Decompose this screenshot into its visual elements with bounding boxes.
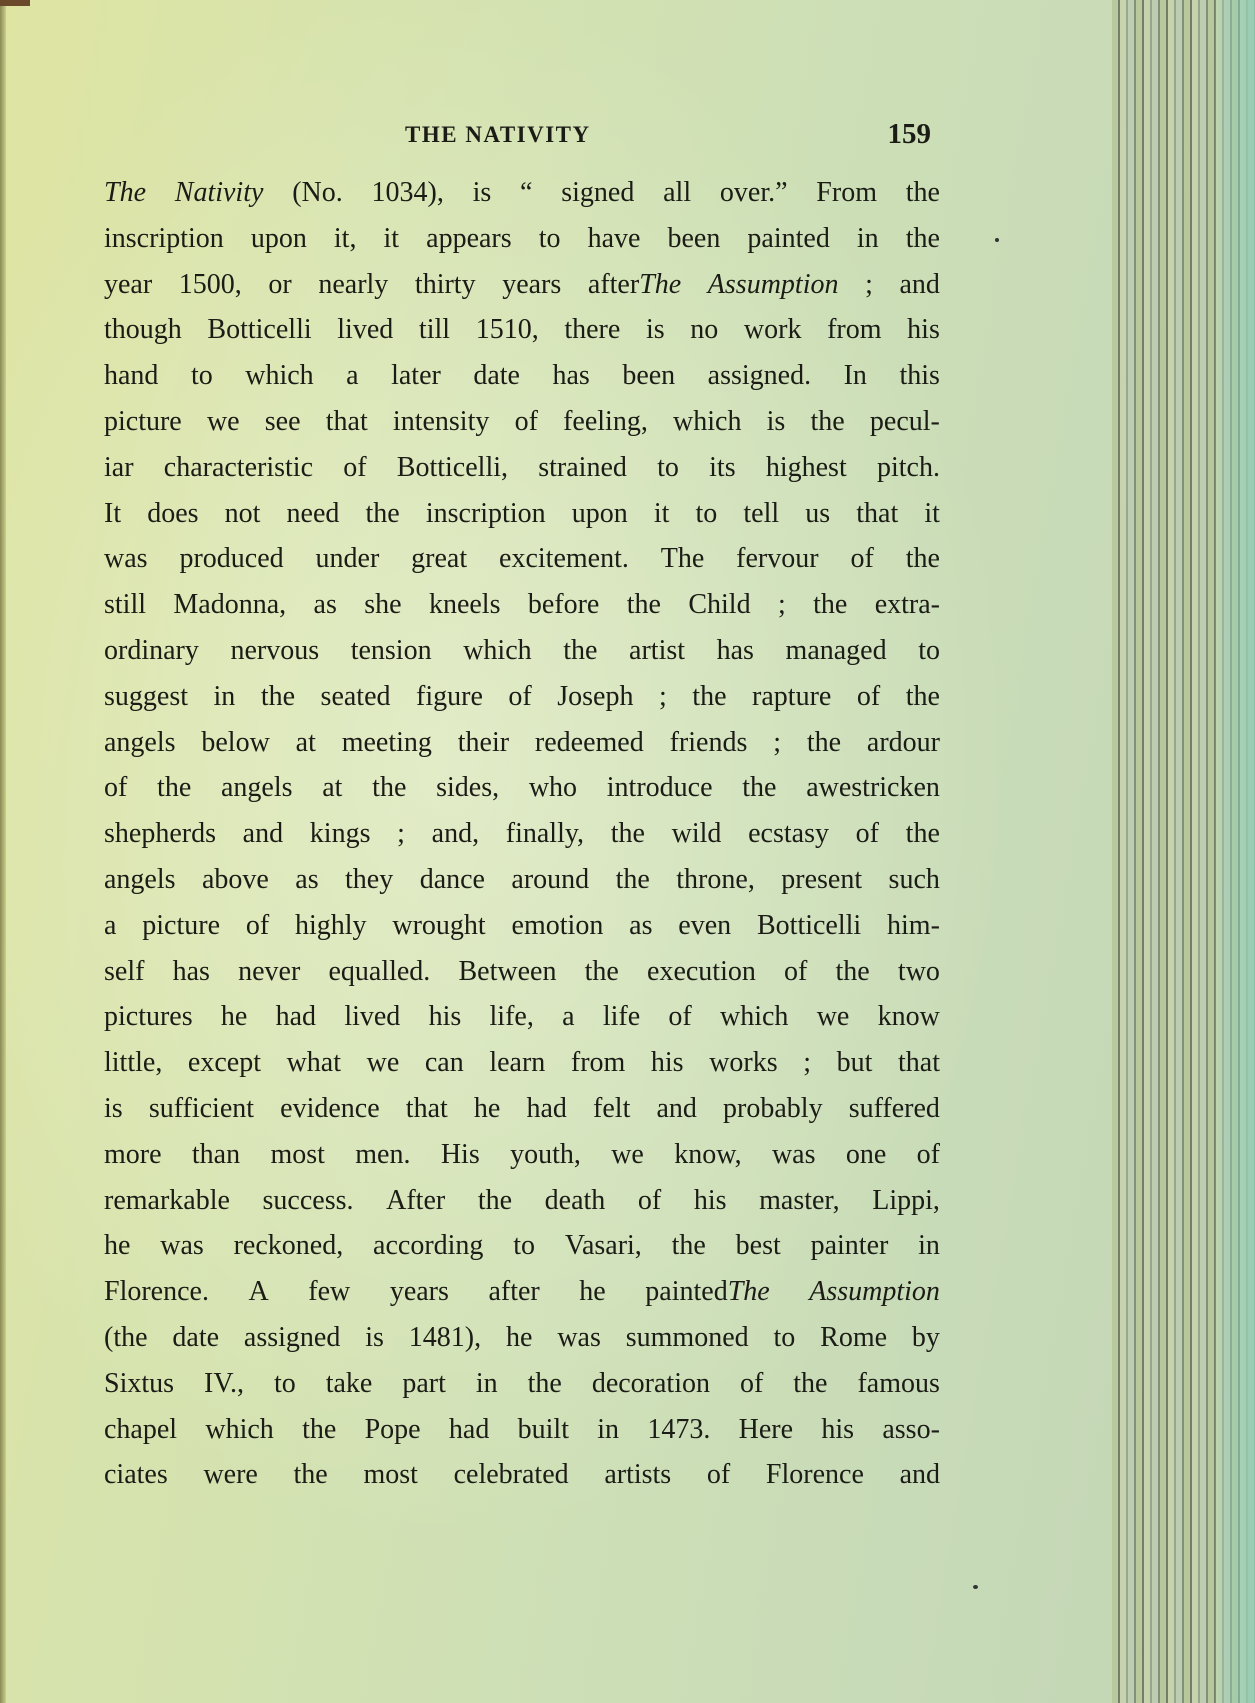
word: extra-: [875, 582, 940, 628]
word: though: [104, 307, 182, 353]
word: the: [906, 170, 940, 216]
word: finally,: [506, 811, 584, 857]
word: tell: [743, 491, 779, 537]
word: His: [441, 1132, 480, 1178]
word: the: [906, 674, 940, 720]
word: from: [827, 307, 881, 353]
text-line: iarcharacteristicofBotticelli,strainedto…: [104, 445, 940, 491]
word: famous: [857, 1361, 939, 1407]
word: meeting: [342, 720, 432, 766]
word: he: [579, 1269, 605, 1315]
text-line: hewasreckoned,accordingtoVasari,thebestp…: [104, 1223, 940, 1269]
word: of: [850, 536, 873, 582]
word: the: [616, 857, 650, 903]
word: the: [811, 399, 845, 445]
word: need: [287, 491, 340, 537]
word: he: [221, 994, 247, 1040]
word: later: [391, 353, 441, 399]
word: 1510,: [476, 307, 539, 353]
gutter-edge: [0, 0, 6, 1703]
word: years: [390, 1269, 449, 1315]
text-line: remarkablesuccess.Afterthedeathofhismast…: [104, 1178, 940, 1224]
word: the: [742, 765, 776, 811]
word: under: [316, 536, 380, 582]
word: than: [192, 1132, 240, 1178]
word: excitement.: [499, 536, 629, 582]
word: years: [502, 262, 561, 308]
word: at: [322, 765, 342, 811]
word: (the: [104, 1315, 148, 1361]
word: he: [474, 1086, 500, 1132]
word: the: [672, 1223, 706, 1269]
word: all: [663, 170, 691, 216]
word: evidence: [280, 1086, 380, 1132]
word: artists: [604, 1452, 671, 1498]
word: upon: [251, 216, 307, 262]
word: that: [326, 399, 368, 445]
word: death: [545, 1178, 606, 1224]
word: to: [274, 1361, 296, 1407]
word: ;: [397, 811, 405, 857]
word: have: [588, 216, 641, 262]
word: to: [539, 216, 561, 262]
word: execution: [647, 949, 756, 995]
word: in: [476, 1361, 498, 1407]
word: was: [557, 1315, 601, 1361]
word: one: [846, 1132, 886, 1178]
word: below: [201, 720, 269, 766]
word: she: [364, 582, 401, 628]
word: been: [667, 216, 720, 262]
word: youth,: [510, 1132, 581, 1178]
word: as: [314, 582, 337, 628]
word: of: [917, 1132, 940, 1178]
word: more: [104, 1132, 162, 1178]
word: highest: [766, 445, 847, 491]
word: was: [772, 1132, 816, 1178]
word: ;: [865, 262, 873, 308]
word: is: [365, 1315, 384, 1361]
word: such: [889, 857, 940, 903]
word: dance: [420, 857, 485, 903]
word: introduce: [607, 765, 713, 811]
speck: [995, 238, 999, 242]
word: of: [246, 903, 269, 949]
word: ;: [803, 1040, 811, 1086]
text-line: SixtusIV.,totakepartinthedecorationofthe…: [104, 1361, 940, 1407]
word: in: [597, 1407, 619, 1453]
text-line: apictureofhighlywroughtemotionasevenBott…: [104, 903, 940, 949]
word: over.”: [720, 170, 788, 216]
word: IV.,: [204, 1361, 244, 1407]
word: after: [488, 1269, 539, 1315]
word: not: [225, 491, 261, 537]
text-line: Florence.AfewyearsafterhepaintedTheAssum…: [104, 1269, 940, 1315]
word: managed: [786, 628, 887, 674]
word: wrought: [392, 903, 485, 949]
word: painted: [747, 216, 829, 262]
text-line: pictureshehadlivedhislife,alifeofwhichwe…: [104, 994, 940, 1040]
word: afterThe: [588, 262, 681, 308]
word: signed: [561, 170, 634, 216]
word: built: [518, 1407, 569, 1453]
word: suggest: [104, 674, 188, 720]
word: lived: [344, 994, 400, 1040]
word: his: [907, 307, 940, 353]
word: works: [709, 1040, 777, 1086]
word: is: [767, 399, 786, 445]
word: the: [906, 536, 940, 582]
word: little,: [104, 1040, 162, 1086]
word: we: [611, 1132, 644, 1178]
word: even: [678, 903, 731, 949]
word: we: [817, 994, 850, 1040]
word: to: [696, 491, 718, 537]
text-line: Itdoesnotneedtheinscriptionuponittotellu…: [104, 491, 940, 537]
word: assigned: [244, 1315, 340, 1361]
word: painter: [811, 1223, 889, 1269]
word: ecstasy: [748, 811, 829, 857]
word: sufficient: [149, 1086, 254, 1132]
word: ordinary: [104, 628, 199, 674]
word: asso-: [882, 1407, 940, 1453]
word: him-: [887, 903, 940, 949]
word: they: [345, 857, 393, 903]
word: of: [343, 445, 366, 491]
word: before: [528, 582, 600, 628]
word: reckoned,: [234, 1223, 344, 1269]
word: that: [856, 491, 898, 537]
word: Madonna,: [173, 582, 286, 628]
body-text: TheNativity(No.1034),is“signedallover.”F…: [104, 170, 940, 1498]
word: Sixtus: [104, 1361, 174, 1407]
word: From: [816, 170, 877, 216]
word: Child: [688, 582, 750, 628]
text-line: handtowhichalaterdatehasbeenassigned.Int…: [104, 353, 940, 399]
word: as: [295, 857, 318, 903]
word: of: [104, 765, 127, 811]
word: shepherds: [104, 811, 216, 857]
word: produced: [179, 536, 283, 582]
word: there: [564, 307, 620, 353]
word: self: [104, 949, 144, 995]
page-number: 159: [888, 118, 932, 151]
word: awestricken: [806, 765, 940, 811]
text-line: little,exceptwhatwecanlearnfromhisworks;…: [104, 1040, 940, 1086]
text-line: pictureweseethatintensityoffeeling,which…: [104, 399, 940, 445]
word: ;: [773, 720, 781, 766]
word: in: [857, 216, 879, 262]
word: hand: [104, 353, 158, 399]
word: remarkable: [104, 1178, 230, 1224]
word: and: [656, 1086, 696, 1132]
word: 1500,: [179, 262, 242, 308]
word: been: [622, 353, 675, 399]
word: few: [308, 1269, 350, 1315]
word: is: [646, 307, 665, 353]
word: which: [720, 994, 788, 1040]
word: to: [191, 353, 213, 399]
word: The: [104, 170, 146, 216]
word: ciates: [104, 1452, 168, 1498]
word: After: [386, 1178, 445, 1224]
word: what: [287, 1040, 341, 1086]
word: has: [552, 353, 589, 399]
word: iar: [104, 445, 134, 491]
word: nervous: [230, 628, 319, 674]
word: to: [774, 1315, 796, 1361]
word: wild: [672, 811, 722, 857]
word: Lippi,: [872, 1178, 940, 1224]
word: the: [813, 582, 847, 628]
word: know,: [674, 1132, 741, 1178]
word: tension: [351, 628, 432, 674]
word: 1473.: [647, 1407, 710, 1453]
word: to: [513, 1223, 535, 1269]
word: two: [898, 949, 940, 995]
word: upon: [572, 491, 628, 537]
word: which: [463, 628, 531, 674]
word: his: [694, 1178, 727, 1224]
word: Assumption: [708, 262, 839, 308]
word: present: [781, 857, 862, 903]
word: angels: [104, 720, 176, 766]
word: but: [837, 1040, 873, 1086]
word: which: [673, 399, 741, 445]
word: the: [294, 1452, 328, 1498]
word: at: [296, 720, 316, 766]
word: their: [458, 720, 509, 766]
word: paintedThe: [645, 1269, 769, 1315]
word: characteristic: [164, 445, 313, 491]
word: or: [268, 262, 291, 308]
text-line: stillMadonna,asshekneelsbeforetheChild;t…: [104, 582, 940, 628]
word: by: [912, 1315, 940, 1361]
word: can: [425, 1040, 464, 1086]
text-line: angelsaboveastheydancearoundthethrone,pr…: [104, 857, 940, 903]
word: no: [690, 307, 718, 353]
word: throne,: [676, 857, 755, 903]
word: a: [562, 994, 574, 1040]
word: 1481),: [409, 1315, 481, 1361]
word: celebrated: [454, 1452, 569, 1498]
word: ;: [778, 582, 786, 628]
word: the: [478, 1178, 512, 1224]
word: It: [104, 491, 121, 537]
word: master,: [759, 1178, 840, 1224]
word: the: [302, 1407, 336, 1453]
word: from: [571, 1040, 625, 1086]
word: strained: [538, 445, 627, 491]
word: (No.: [292, 170, 343, 216]
text-line: angelsbelowatmeetingtheirredeemedfriends…: [104, 720, 940, 766]
word: rapture: [752, 674, 831, 720]
word: Pope: [365, 1407, 421, 1453]
word: part: [402, 1361, 446, 1407]
word: Rome: [820, 1315, 887, 1361]
word: nearly: [318, 262, 388, 308]
word: of: [515, 399, 538, 445]
word: know: [878, 994, 940, 1040]
word: in: [918, 1223, 940, 1269]
word: Botticelli: [757, 903, 861, 949]
word: that: [406, 1086, 448, 1132]
fore-edge-page-stack: [1112, 0, 1255, 1703]
word: picture: [142, 903, 220, 949]
page-header: THE NATIVITY 159: [100, 118, 935, 158]
word: except: [188, 1040, 261, 1086]
word: his: [821, 1407, 854, 1453]
word: seated: [321, 674, 391, 720]
text-line: selfhasneverequalled.Betweentheexecution…: [104, 949, 940, 995]
word: ;: [659, 674, 667, 720]
word: had: [526, 1086, 566, 1132]
word: angels: [221, 765, 293, 811]
word: Botticelli,: [397, 445, 508, 491]
word: were: [203, 1452, 257, 1498]
word: most: [270, 1132, 324, 1178]
word: redeemed: [535, 720, 644, 766]
word: never: [238, 949, 300, 995]
word: figure: [416, 674, 483, 720]
word: to: [918, 628, 940, 674]
word: the: [157, 765, 191, 811]
text-line: wasproducedundergreatexcitement.Thefervo…: [104, 536, 940, 582]
word: is: [473, 170, 492, 216]
word: he: [506, 1315, 532, 1361]
word: appears: [426, 216, 512, 262]
word: that: [898, 1040, 940, 1086]
word: summoned: [626, 1315, 749, 1361]
word: it: [654, 491, 670, 537]
word: the: [563, 628, 597, 674]
word: of: [784, 949, 807, 995]
text-line: suggestintheseatedfigureofJoseph;therapt…: [104, 674, 940, 720]
word: of: [856, 811, 879, 857]
word: artist: [629, 628, 685, 674]
word: thirty: [415, 262, 476, 308]
word: it: [384, 216, 400, 262]
text-line: shepherdsandkings;and,finally,thewildecs…: [104, 811, 940, 857]
word: Florence: [766, 1452, 864, 1498]
word: its: [709, 445, 735, 491]
word: the: [807, 720, 841, 766]
word: Between: [458, 949, 556, 995]
word: feeling,: [563, 399, 648, 445]
word: the: [906, 811, 940, 857]
word: and: [243, 811, 283, 857]
word: Florence.: [104, 1269, 209, 1315]
word: success.: [263, 1178, 354, 1224]
word: The: [661, 536, 705, 582]
word: as: [629, 903, 652, 949]
word: this: [899, 353, 939, 399]
word: which: [205, 1407, 273, 1453]
word: has: [173, 949, 210, 995]
word: year: [104, 262, 152, 308]
word: us: [805, 491, 830, 537]
word: and: [900, 1452, 940, 1498]
word: the: [372, 765, 406, 811]
word: friends: [670, 720, 748, 766]
text-line: inscriptionuponit,itappearstohavebeenpai…: [104, 216, 940, 262]
word: to: [657, 445, 679, 491]
word: best: [736, 1223, 781, 1269]
word: which: [245, 353, 313, 399]
word: learn: [489, 1040, 545, 1086]
word: who: [529, 765, 577, 811]
word: the: [836, 949, 870, 995]
word: he: [104, 1223, 130, 1269]
word: the: [528, 1361, 562, 1407]
word: according: [373, 1223, 483, 1269]
text-line: TheNativity(No.1034),is“signedallover.”F…: [104, 170, 940, 216]
word: the: [627, 582, 661, 628]
word: pitch.: [877, 445, 940, 491]
word: chapel: [104, 1407, 177, 1453]
word: ardour: [867, 720, 940, 766]
word: work: [744, 307, 802, 353]
word: Assumption: [809, 1269, 940, 1315]
word: till: [419, 307, 450, 353]
word: a: [346, 353, 358, 399]
word: the: [793, 1361, 827, 1407]
word: of: [638, 1178, 661, 1224]
word: was: [104, 536, 148, 582]
text-line: year1500,ornearlythirtyyearsafterTheAssu…: [104, 262, 940, 308]
speck: [973, 1585, 978, 1589]
word: does: [147, 491, 198, 537]
word: the: [366, 491, 400, 537]
text-line: chapelwhichthePopehadbuiltin1473.Herehis…: [104, 1407, 940, 1453]
word: felt: [593, 1086, 630, 1132]
word: emotion: [512, 903, 604, 949]
word: Joseph: [557, 674, 633, 720]
word: assigned.: [708, 353, 811, 399]
word: kings: [310, 811, 371, 857]
word: “: [520, 170, 532, 216]
word: Nativity: [175, 170, 264, 216]
running-head: THE NATIVITY: [405, 122, 591, 148]
word: it: [924, 491, 940, 537]
word: and: [899, 262, 939, 308]
word: has: [717, 628, 754, 674]
word: the: [585, 949, 619, 995]
word: In: [844, 353, 867, 399]
word: equalled.: [328, 949, 430, 995]
word: pictures: [104, 994, 193, 1040]
word: was: [160, 1223, 204, 1269]
word: of: [857, 674, 880, 720]
word: still: [104, 582, 146, 628]
word: date: [473, 353, 520, 399]
word: of: [740, 1361, 763, 1407]
word: picture: [104, 399, 182, 445]
word: Vasari,: [565, 1223, 642, 1269]
text-line: issufficientevidencethathehadfeltandprob…: [104, 1086, 940, 1132]
word: a: [104, 903, 116, 949]
word: take: [326, 1361, 373, 1407]
word: probably: [723, 1086, 823, 1132]
text-line: oftheangelsatthesides,whointroducetheawe…: [104, 765, 940, 811]
word: angels: [104, 857, 176, 903]
text-line: (thedateassignedis1481),hewassummonedtoR…: [104, 1315, 940, 1361]
word: of: [508, 674, 531, 720]
word: we: [367, 1040, 400, 1086]
word: sides,: [436, 765, 499, 811]
word: 1034),: [372, 170, 444, 216]
word: we: [207, 399, 240, 445]
